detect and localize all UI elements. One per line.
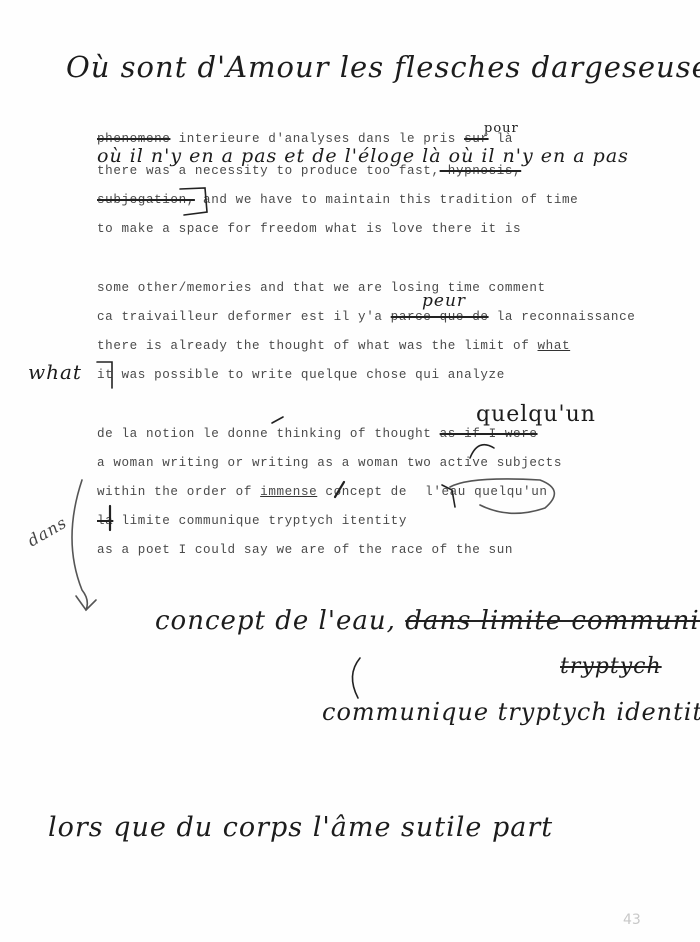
struck-word: subjegation, xyxy=(97,193,195,207)
struck-phrase: as if I were xyxy=(440,427,538,441)
struck-word: hypnosis, xyxy=(440,164,522,178)
line-text: and we have to maintain this tradition o… xyxy=(195,193,578,207)
margin-note-what: what xyxy=(28,360,82,384)
underlined-word: immense xyxy=(260,485,317,499)
line-text: la reconnaissance xyxy=(489,310,636,324)
typescript-line-12: la limite communique tryptych itentity xyxy=(97,514,407,528)
line-text: there is already the thought of what was… xyxy=(97,339,538,353)
typescript-line-6: ca traivailleur deformer est il y'a parc… xyxy=(97,310,635,324)
typescript-line-11: within the order of immense concept de l… xyxy=(97,485,548,499)
insertion-quelquun: quelqu'un xyxy=(476,402,596,427)
typescript-line-7: there is already the thought of what was… xyxy=(97,339,570,353)
line-text: within the order of xyxy=(97,485,260,499)
typescript-line-4: to make a space for freedom what is love… xyxy=(97,222,521,236)
line-text: concept de xyxy=(317,485,415,499)
handwritten-struck-tryptych: tryptych xyxy=(560,654,662,679)
typescript-line-3: subjegation, and we have to maintain thi… xyxy=(97,193,578,207)
struck-word: la xyxy=(97,514,113,528)
manuscript-page: Où sont d'Amour les flesches dargeseuses… xyxy=(0,0,700,942)
struck-phrase: parce que de xyxy=(391,310,489,324)
struck-word: phenomene xyxy=(97,132,170,146)
typescript-line-8: it was possible to write quelque chose q… xyxy=(97,368,505,382)
typescript-line-13: as a poet I could say we are of the race… xyxy=(97,543,513,557)
margin-note-dans: dans xyxy=(24,513,70,551)
handwritten-title: Où sont d'Amour les flesches dargeseuses xyxy=(66,50,700,84)
insertion-peur: peur xyxy=(422,291,466,311)
line-text: there was a necessity to produce too fas… xyxy=(97,164,440,178)
struck-phrase: dans limite communique xyxy=(405,606,700,636)
underlined-word: what xyxy=(538,339,571,353)
typescript-line-2: there was a necessity to produce too fas… xyxy=(97,164,521,178)
line-text: de la notion le donne thinking of though… xyxy=(97,427,440,441)
typescript-line-9: de la notion le donne thinking of though… xyxy=(97,427,538,441)
page-number: 43 xyxy=(623,912,641,928)
handwritten-line-2: communique tryptych identity xyxy=(322,698,700,726)
typescript-line-5: some other/memories and that we are losi… xyxy=(97,281,546,295)
handwritten-line-3: lors que du corps l'âme sutile part xyxy=(48,812,553,843)
line-text: ca traivailleur deformer est il y'a xyxy=(97,310,391,324)
hand-text: concept de l'eau, xyxy=(155,606,396,636)
line-text: l'eau quelqu'un xyxy=(425,485,547,499)
line-text: interieure d'analyses dans le pris xyxy=(170,132,464,146)
typescript-line-1: phenomene interieure d'analyses dans le … xyxy=(97,132,513,146)
line-text: limite communique tryptych itentity xyxy=(113,514,407,528)
insertion-pour: pour xyxy=(484,121,519,136)
typescript-line-10: a woman writing or writing as a woman tw… xyxy=(97,456,562,470)
handwritten-line-1: concept de l'eau, dans limite communique xyxy=(155,606,700,636)
